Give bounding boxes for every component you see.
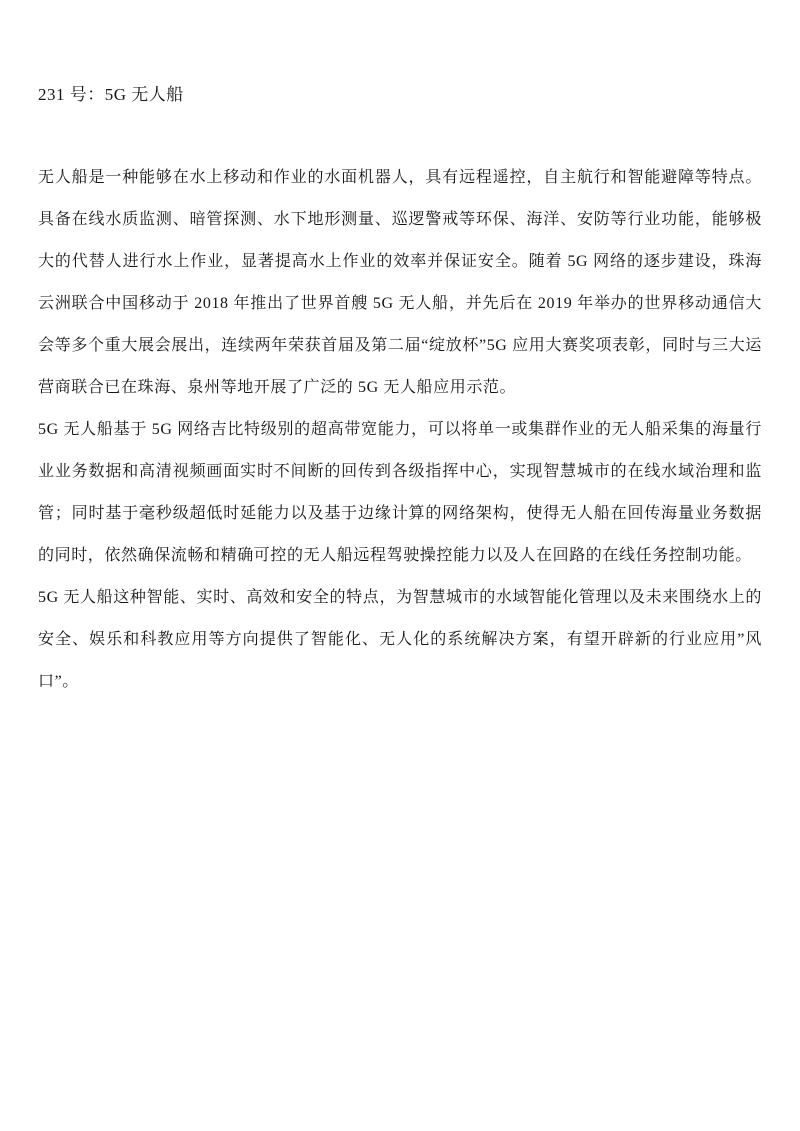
document-title: 231 号：5G 无人船 — [38, 85, 762, 105]
document-page: 231 号：5G 无人船 无人船是一种能够在水上移动和作业的水面机器人，具有远程… — [0, 0, 800, 1131]
paragraph-capabilities: 5G 无人船基于 5G 网络吉比特级别的超高带宽能力，可以将单一或集群作业的无人… — [38, 409, 762, 577]
document-body: 无人船是一种能够在水上移动和作业的水面机器人，具有远程遥控，自主航行和智能避障等… — [38, 157, 762, 703]
paragraph-outlook: 5G 无人船这种智能、实时、高效和安全的特点，为智慧城市的水域智能化管理以及未来… — [38, 577, 762, 703]
paragraph-intro: 无人船是一种能够在水上移动和作业的水面机器人，具有远程遥控，自主航行和智能避障等… — [38, 157, 762, 409]
